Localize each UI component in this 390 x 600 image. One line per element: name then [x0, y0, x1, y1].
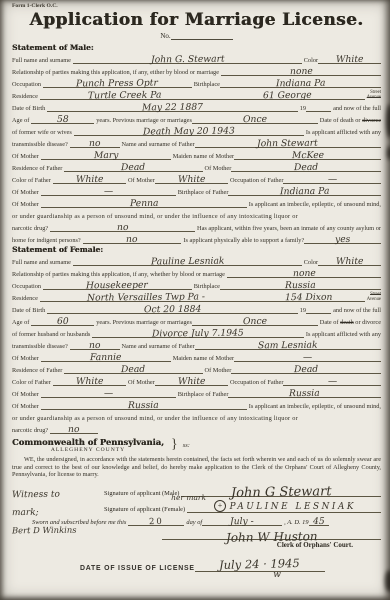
male-birthplace-value: Indiana Pa: [220, 79, 381, 88]
female-residence-father-line: Residence of Father Dead Of Mother Dead: [12, 362, 381, 374]
male-relationship-label: Relationship of parties making this appl…: [12, 69, 221, 76]
male-indigent-label: home for indigent persons?: [12, 237, 83, 244]
female-occupation-line: Occupation Housekeeper Birthplace Russia: [12, 278, 381, 290]
male-maiden-value: McKee: [234, 151, 381, 160]
male-bp-mother-value: Penna: [41, 199, 247, 208]
male-age-value: 58: [31, 115, 94, 124]
female-bp-father-label: Birthplace of Father: [176, 391, 229, 398]
male-disease-value: no: [70, 139, 120, 148]
her-mark-cross: +: [214, 500, 226, 512]
female-dob-19: 19: [298, 307, 306, 314]
license-number-blank: [171, 32, 233, 40]
sworn-ad-label: , A. D. 19: [282, 519, 308, 526]
male-age-label: Age of: [12, 117, 31, 124]
male-color-parents-line: Color of Father White Of Mother White Oc…: [12, 172, 381, 184]
female-signature-label: Signature of applicant (Female): [104, 506, 187, 513]
male-narcotic-line: narcotic drug? no Has applicant, within …: [12, 220, 381, 232]
female-former-husband-value: Divorce July 7.1945: [92, 329, 304, 338]
male-relationship-value: none: [221, 67, 381, 76]
page-title: Application for Marriage License.: [12, 10, 381, 30]
female-residence-line: Residence North Versailles Twp Pa - 154 …: [12, 290, 381, 302]
female-disease-label: transmissible disease?: [12, 343, 70, 350]
female-section-title: Statement of Female:: [12, 245, 381, 254]
female-maiden-value: —: [234, 353, 381, 362]
female-occ-mother-label: Of Mother: [12, 391, 41, 398]
sworn-day-value: 20: [128, 517, 184, 526]
female-bp-father-value: Russia: [228, 389, 381, 398]
death-word-struck: death: [340, 319, 354, 326]
male-dob-19: 19: [298, 105, 306, 112]
female-residence-label: Residence: [12, 295, 40, 302]
brace-glyph: }: [171, 437, 178, 453]
female-former-husband-label: of former husband or husbands: [12, 331, 92, 338]
female-occupation-value: Housekeeper: [43, 281, 192, 290]
female-occ-father-value: —: [283, 377, 381, 386]
female-mother-value: Fannie: [41, 353, 171, 362]
issue-label: DATE OF ISSUE OF LICENSE: [80, 565, 195, 572]
female-occ-mother-value: —: [41, 389, 176, 398]
female-father-label: Name and surname of Father: [120, 343, 195, 350]
male-fullname-label: Full name and surname: [12, 57, 73, 64]
male-imbecile-label: Is applicant an imbecile, epileptic, of …: [247, 201, 381, 208]
male-support-value: yes: [304, 235, 381, 244]
male-fullname-value: John G. Stewart: [73, 55, 302, 64]
male-dob-19-blank: [306, 111, 331, 112]
female-color-value: White: [318, 257, 381, 266]
male-color-mother-value: White: [155, 175, 228, 184]
male-residence-father-line: Residence of Father Dead Of Mother Dead: [12, 160, 381, 172]
male-occupation-line: Occupation Punch Press Optr Birthplace I…: [12, 76, 381, 88]
female-dob-line: Date of Birth Oct 20 1884 19 and now of …: [12, 302, 381, 314]
female-dob-19-blank: [306, 313, 331, 314]
female-narcotic-line: narcotic drug? no: [12, 422, 381, 434]
female-relationship-label: Relationship of parties making this appl…: [12, 271, 227, 278]
male-inmate-label: Has applicant, within five years, been a…: [195, 225, 381, 232]
male-relationship-line: Relationship of parties making this appl…: [12, 64, 381, 76]
male-dob-label: Date of Birth: [12, 105, 47, 112]
commonwealth-name: Commonwealth of Pennsylvania,: [12, 437, 164, 447]
female-narcotic-value: no: [50, 425, 98, 434]
county-name: ALLEGHENY COUNTY: [12, 447, 164, 453]
signature-zone: Witness to mark; Bert D Winkins Signatur…: [12, 481, 381, 513]
clerk-signature: John W Huston: [226, 531, 318, 543]
female-res-father-label: Residence of Father: [12, 367, 64, 374]
female-disease-value: no: [70, 341, 120, 350]
female-color-mother-label: Of Mother: [126, 379, 155, 386]
female-bp-mother-label: Of Mother: [12, 403, 41, 410]
female-signature-value: her mark + PAULINE LESNIAK: [187, 500, 381, 513]
female-residence-value: North Versailles Twp Pa -: [40, 293, 252, 302]
male-disease-label: transmissible disease?: [12, 141, 70, 148]
form-number: Form 1-Clerk O.C.: [12, 3, 381, 9]
divorce-word-struck: divorce: [362, 117, 381, 124]
female-street-avenue: Street Avenue: [365, 292, 381, 302]
male-mother-line: Of Mother Mary Maiden name of Mother McK…: [12, 148, 381, 160]
male-occupation-value: Punch Press Optr: [43, 79, 192, 88]
sworn-month-value: July -: [202, 517, 282, 526]
female-age-line: Age of 60 years. Previous marriage or ma…: [12, 314, 381, 326]
male-residence-value: Turtle Creek Pa: [40, 91, 210, 100]
female-res-father-value: Dead: [64, 365, 202, 374]
female-mother-line: Of Mother Fannie Maiden name of Mother —: [12, 350, 381, 362]
male-former-wife-label: of former wife or wives: [12, 129, 74, 136]
male-guardianship-line: or under guardianship as a person of uns…: [12, 208, 381, 220]
male-former-wife-value: Death May 20 1943: [74, 127, 304, 136]
male-residence-line: Residence Turtle Creek Pa 61 George Stre…: [12, 88, 381, 100]
female-color-label: Color: [302, 259, 318, 266]
female-fullname-value: Pauline Lesniak: [73, 257, 302, 266]
clerk-signature-line: John W Huston: [162, 526, 381, 540]
female-birthplace-value: Russia: [220, 281, 381, 290]
male-dob-tail: and now of the full: [331, 105, 381, 112]
male-occ-father-value: —: [283, 175, 381, 184]
female-residence-street-value: 154 Dixon: [252, 293, 365, 302]
female-age-label: Age of: [12, 319, 31, 326]
female-age-value: 60: [31, 317, 94, 326]
witness-name: Bert D Winkins: [12, 524, 77, 536]
ss-notation: ss:: [183, 442, 190, 449]
female-bp-mother-line: Of Mother Russia Is applicant an imbecil…: [12, 398, 381, 410]
male-residence-street-value: 61 George: [209, 91, 364, 100]
issue-line: DATE OF ISSUE OF LICENSE July 24 · 1945: [80, 553, 381, 572]
male-street-avenue: Street Avenue: [365, 90, 381, 100]
male-color-value: White: [318, 55, 381, 64]
female-narcotic-label: narcotic drug?: [12, 427, 50, 434]
male-section-title: Statement of Male:: [12, 43, 381, 52]
male-prev-marriage-label: years. Previous marriage or marriages: [94, 117, 192, 124]
male-res-father-label: Residence of Father: [12, 165, 64, 172]
male-maiden-label: Maiden name of Mother: [171, 153, 234, 160]
issue-date-value: July 24 · 1945: [195, 553, 325, 572]
male-dob-value: May 22 1887: [47, 103, 298, 112]
female-occ-father-label: Occupation of Father: [228, 379, 284, 386]
commonwealth-block: Commonwealth of Pennsylvania, ALLEGHENY …: [12, 437, 381, 453]
female-father-value: Sam Lesniak: [195, 341, 381, 350]
male-narcotic-value: no: [50, 223, 195, 232]
male-bp-father-label: Birthplace of Father: [176, 189, 229, 196]
male-mother-value: Mary: [41, 151, 171, 160]
female-dob-value: Oct 20 1884: [47, 305, 298, 314]
female-afflicted-label: Is applicant afflicted with any: [304, 331, 381, 338]
female-dob-label: Date of Birth: [12, 307, 47, 314]
male-color-mother-label: Of Mother: [126, 177, 155, 184]
female-color-mother-value: White: [155, 377, 228, 386]
female-former-husband-line: of former husband or husbands Divorce Ju…: [12, 326, 381, 338]
male-occ-mother-value: —: [41, 187, 176, 196]
female-imbecile-label: Is applicant an imbecile, epileptic, of …: [247, 403, 381, 410]
male-guardianship-text: or under guardianship as a person of uns…: [12, 213, 300, 220]
male-occ-mother-line: Of Mother — Birthplace of Father Indiana…: [12, 184, 381, 196]
male-father-value: John Stewart: [195, 139, 381, 148]
male-mother-label: Of Mother: [12, 153, 41, 160]
license-number-line: No.: [12, 32, 381, 40]
male-residence-label: Residence: [12, 93, 40, 100]
male-color-label: Color: [302, 57, 318, 64]
female-fullname-label: Full name and surname: [12, 259, 73, 266]
male-bp-mother-label: Of Mother: [12, 201, 41, 208]
female-maiden-label: Maiden name of Mother: [171, 355, 234, 362]
male-signature-value: John G Stewart: [181, 486, 381, 497]
female-prev-marriage-value: Once: [192, 317, 318, 326]
female-occupation-label: Occupation: [12, 283, 43, 290]
female-relationship-line: Relationship of parties making this appl…: [12, 266, 381, 278]
witness-note: Witness to mark; Bert D Winkins: [12, 483, 98, 537]
avenue-word-struck: Avenue: [367, 95, 381, 100]
scanned-marriage-license-application: Form 1-Clerk O.C. Application for Marria…: [0, 0, 390, 600]
female-prev-marriage-label: years. Previous marriage or marriages: [94, 319, 192, 326]
male-res-father-value: Dead: [64, 163, 202, 172]
male-signature-label: Signature of applicant (Male): [104, 490, 181, 497]
male-res-mother-label: Of Mother: [203, 165, 232, 172]
female-res-mother-label: Of Mother: [203, 367, 232, 374]
male-occ-mother-label: Of Mother: [12, 189, 41, 196]
female-guardianship-text: or under guardianship as a person of uns…: [12, 415, 300, 422]
female-bp-mother-value: Russia: [41, 401, 247, 410]
male-dob-line: Date of Birth May 22 1887 19 and now of …: [12, 100, 381, 112]
scan-artifact: [385, 570, 390, 592]
female-dob-tail: and now of the full: [331, 307, 381, 314]
male-res-mother-value: Dead: [231, 163, 381, 172]
female-mother-label: Of Mother: [12, 355, 41, 362]
avenue-word: Avenue: [367, 297, 381, 302]
license-number-label: No.: [160, 32, 170, 40]
female-color-parents-line: Color of Father White Of Mother White Oc…: [12, 374, 381, 386]
female-res-mother-value: Dead: [231, 365, 381, 374]
stray-w-mark: w: [12, 572, 281, 579]
female-color-father-label: Color of Father: [12, 379, 53, 386]
her-mark-note: her mark: [171, 493, 206, 502]
male-color-father-value: White: [53, 175, 126, 184]
male-age-line: Age of 58 years. Previous marriage or ma…: [12, 112, 381, 124]
male-narcotic-label: narcotic drug?: [12, 225, 50, 232]
male-former-wife-line: of former wife or wives Death May 20 194…: [12, 124, 381, 136]
female-death-divorce-label: Date of death or divorce: [318, 319, 381, 326]
sworn-year-value: 45: [309, 517, 329, 526]
male-support-label: Is applicant physically able to support …: [181, 237, 304, 244]
male-afflicted-label: Is applicant afflicted with any: [304, 129, 381, 136]
male-signature-row: Signature of applicant (Male) John G Ste…: [104, 481, 381, 497]
male-indigent-line: home for indigent persons? no Is applica…: [12, 232, 381, 244]
female-guardianship-line: or under guardianship as a person of uns…: [12, 410, 381, 422]
female-relationship-value: none: [227, 269, 381, 278]
female-fullname-line: Full name and surname Pauline Lesniak Co…: [12, 254, 381, 266]
sworn-dayof-label: day of: [184, 519, 202, 526]
male-disease-line: transmissible disease? no Name and surna…: [12, 136, 381, 148]
female-signature-row: Signature of applicant (Female) her mark…: [104, 497, 381, 513]
male-bp-father-value: Indiana Pa: [228, 187, 381, 196]
affidavit-paragraph: WE, the undersigned, in accordance with …: [12, 456, 381, 479]
female-color-father-value: White: [53, 377, 126, 386]
male-fullname-line: Full name and surname John G. Stewart Co…: [12, 52, 381, 64]
male-occupation-label: Occupation: [12, 81, 43, 88]
male-prev-marriage-value: Once: [192, 115, 318, 124]
male-birthplace-label: Birthplace: [192, 81, 220, 88]
male-occ-father-label: Occupation of Father: [228, 177, 284, 184]
male-indigent-value: no: [83, 235, 182, 244]
male-color-father-label: Color of Father: [12, 177, 53, 184]
female-disease-line: transmissible disease? no Name and surna…: [12, 338, 381, 350]
scan-artifact: [386, 104, 390, 138]
female-occ-mother-line: Of Mother — Birthplace of Father Russia: [12, 386, 381, 398]
male-bp-mother-line: Of Mother Penna Is applicant an imbecile…: [12, 196, 381, 208]
male-father-label: Name and surname of Father: [120, 141, 195, 148]
female-birthplace-label: Birthplace: [192, 283, 220, 290]
male-death-divorce-label: Date of death or divorce: [318, 117, 381, 124]
